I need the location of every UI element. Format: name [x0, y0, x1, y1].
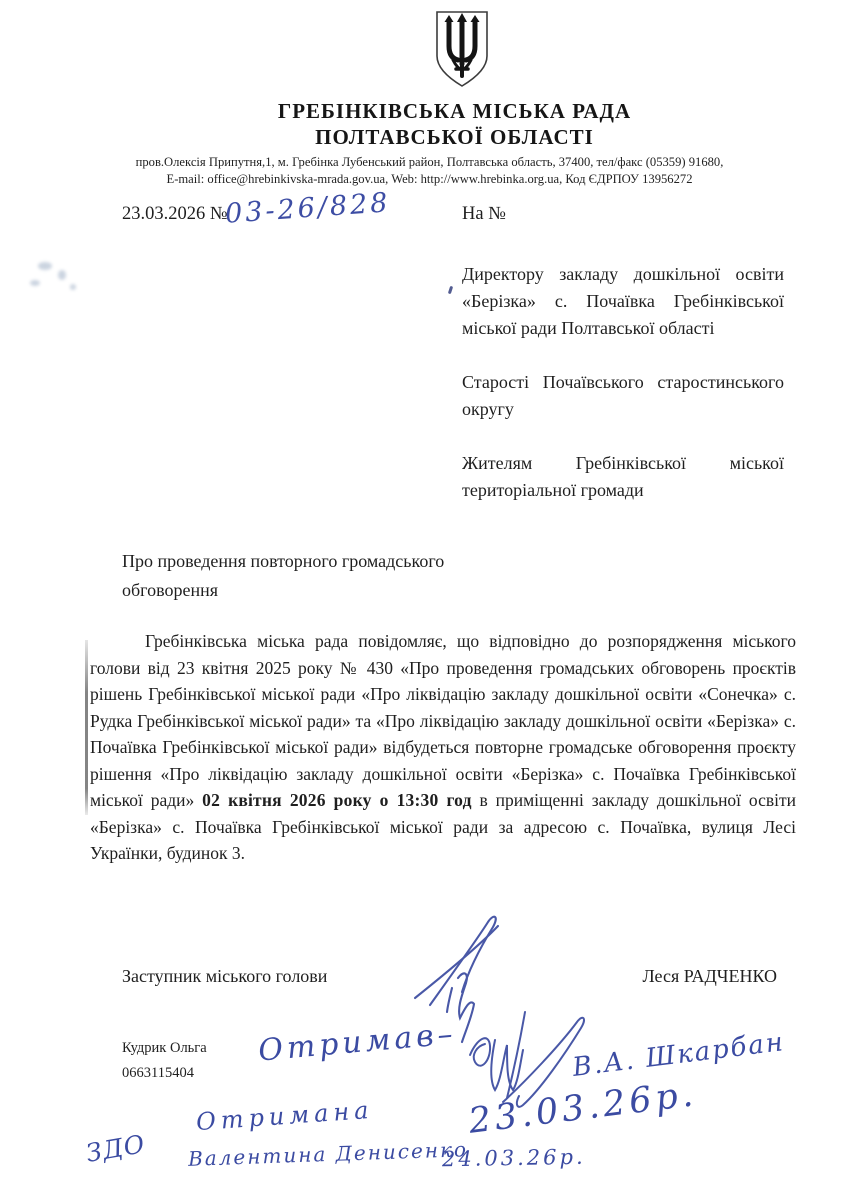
org-contact-line: E-mail: office@hrebinkivska-mrada.gov.ua… [10, 172, 849, 187]
signature-ink-stroke [400, 900, 600, 1110]
recipient-starosta: Старості Почаївського старостинського ок… [462, 369, 784, 423]
body-text-part1: Гребінківська міська рада повідомляє, що… [90, 631, 796, 810]
scan-smudge [30, 280, 40, 286]
executor-block: Кудрик Ольга 0663115404 [122, 1036, 207, 1086]
org-address-line: пров.Олексія Припутня,1, м. Гребінка Луб… [10, 155, 849, 170]
scan-edge-artifact [85, 640, 88, 815]
stray-ink-mark [448, 286, 453, 295]
reference-row: 23.03.2026 № 03-26/828 На № [0, 201, 849, 231]
handwritten-outgoing-number: 03-26/828 [224, 187, 391, 229]
signer-position: Заступник міського голови [122, 966, 327, 987]
org-name-line1: ГРЕБІНКІВСЬКА МІСЬКА РАДА [60, 99, 849, 124]
letter-date-number-label: 23.03.2026 № [122, 204, 228, 225]
scan-smudge [70, 284, 76, 290]
handwritten-org-abbr: ЗДО [84, 1129, 148, 1168]
scan-smudge [38, 262, 52, 270]
handwritten-received-date: 23.03.26р. [466, 1074, 699, 1142]
executor-name: Кудрик Ольга [122, 1036, 207, 1061]
trident-emblem-icon [431, 8, 493, 90]
reply-to-number-label: На № [462, 204, 506, 225]
body-meeting-datetime: 02 квітня 2026 року о 13:30 год [202, 790, 472, 810]
handwritten-received-note: Отримана [195, 1096, 374, 1136]
scan-smudge [58, 270, 66, 280]
signer-name: Леся РАДЧЕНКО [642, 966, 777, 987]
letter-body: Гребінківська міська рада повідомляє, що… [90, 628, 796, 867]
org-name-line2: ПОЛТАВСЬКОЇ ОБЛАСТІ [60, 125, 849, 150]
handwritten-receiver-name: В.А. Шкарбан [571, 1027, 787, 1083]
letter-subject: Про проведення повторного громадського о… [122, 547, 512, 605]
handwritten-second-date: 24.03.26р. [442, 1145, 586, 1172]
recipient-residents: Жителям Гребінківської міської територіа… [462, 450, 784, 504]
recipients-block: Директору закладу дошкільної освіти «Бер… [462, 261, 784, 531]
recipient-director: Директору закладу дошкільної освіти «Бер… [462, 261, 784, 342]
handwritten-second-receiver: Валентина Денисенко [188, 1137, 469, 1171]
handwritten-received-by: Отримав– [257, 1016, 458, 1068]
executor-phone: 0663115404 [122, 1061, 207, 1086]
scanned-letter-page: ГРЕБІНКІВСЬКА МІСЬКА РАДА ПОЛТАВСЬКОЇ ОБ… [0, 0, 849, 1200]
